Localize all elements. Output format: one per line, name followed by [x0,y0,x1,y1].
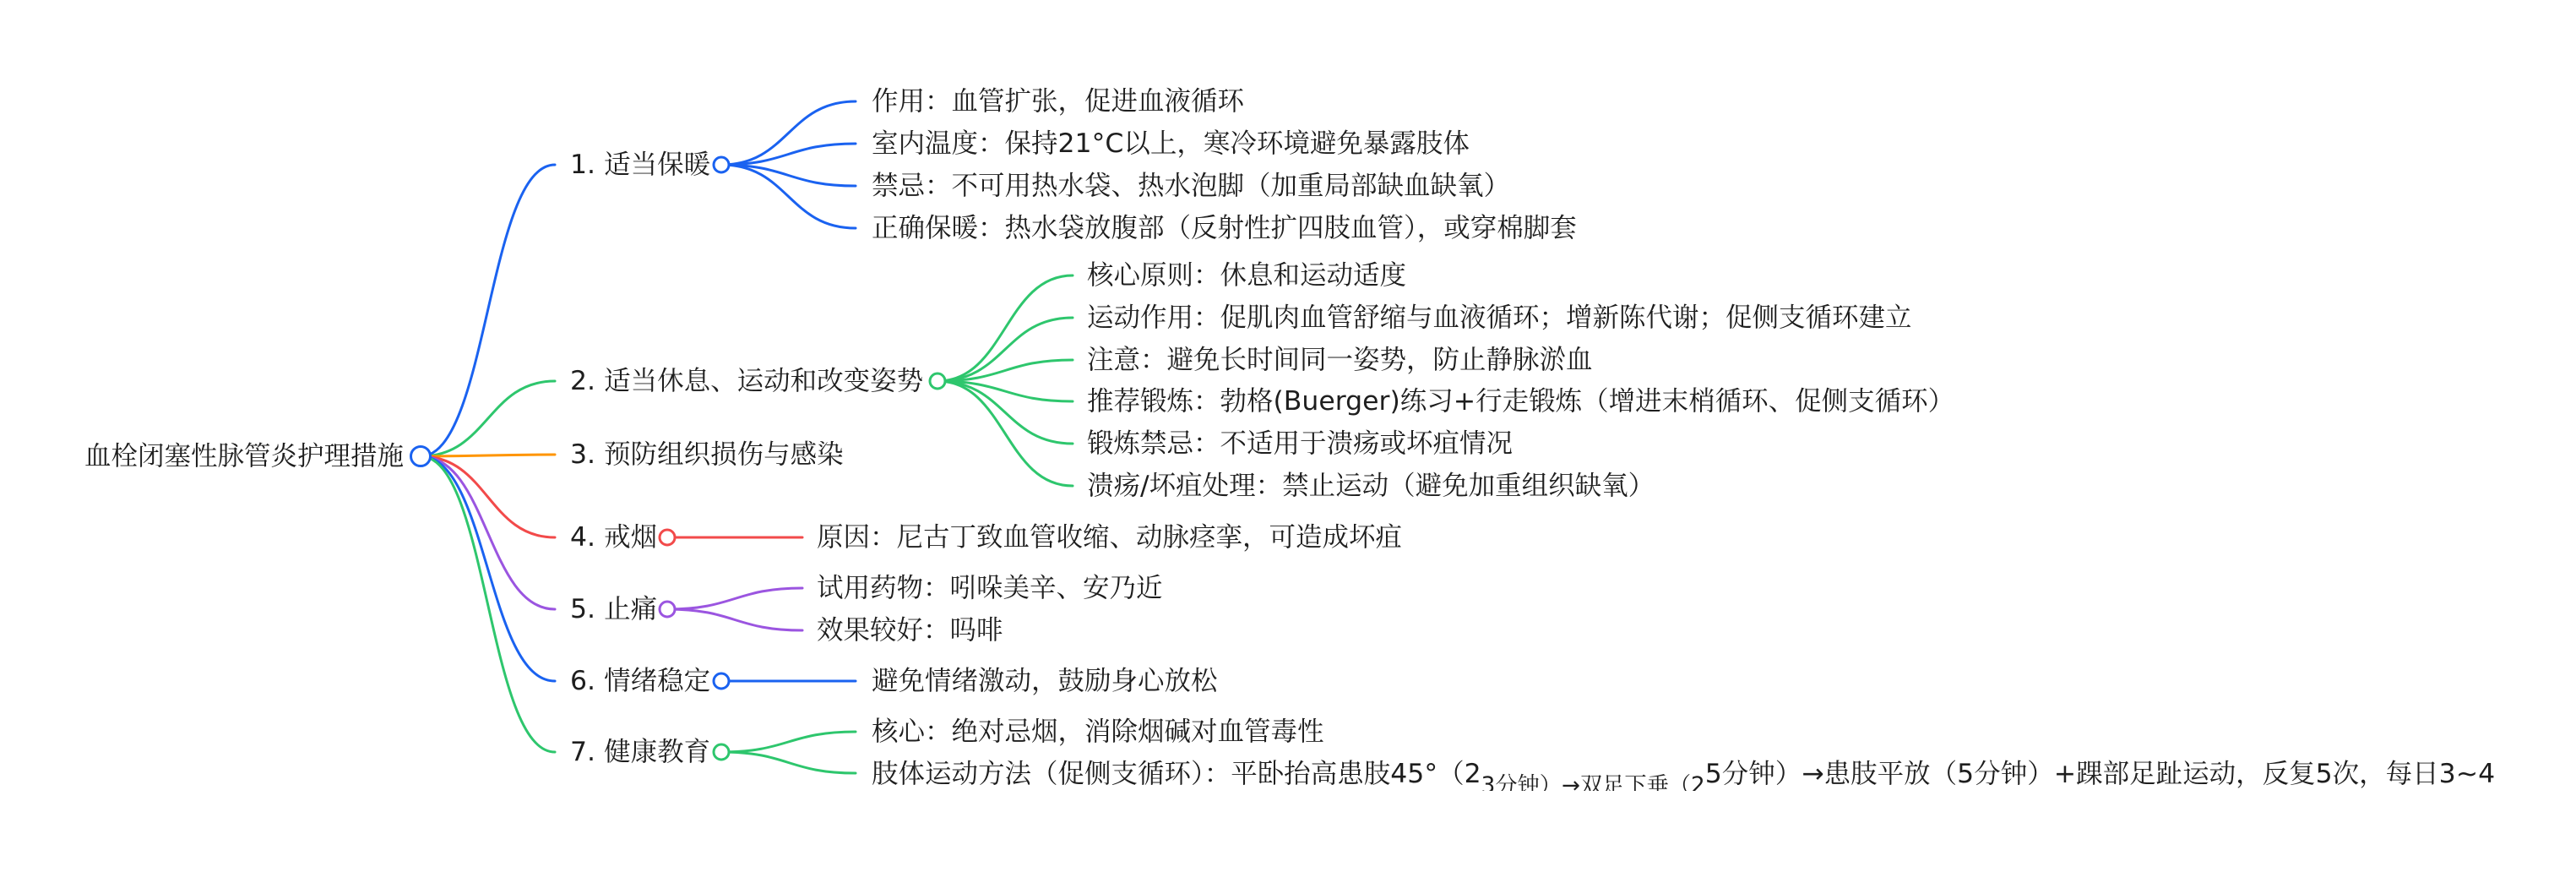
branch-5-child-2[interactable]: 效果较好：吗啡 [817,613,1003,647]
link-branch-5-child-1 [667,588,802,609]
branch-1-child-3[interactable]: 禁忌：不可用热水袋、热水泡脚（加重局部缺血缺氧） [872,169,1510,203]
branch-7-collapse-circle-icon[interactable] [714,744,729,760]
branch-1-child-1[interactable]: 作用：血管扩张，促进血液循环 [872,84,1244,118]
branch-7-child-2-subscript-text: 3分钟）→双足下垂（2 [1481,773,1705,791]
branch-7-links [721,732,856,773]
branch-5-label[interactable]: 5. 止痛 [570,592,657,626]
root-collapse-circle-icon[interactable] [411,447,431,466]
branch-7-label[interactable]: 7. 健康教育 [570,735,710,769]
link-root-to-branch-5 [421,456,555,609]
branch-1-child-2[interactable]: 室内温度：保持21°C以上，寒冷环境避免暴露肢体 [872,127,1470,161]
branch-6-label[interactable]: 6. 情绪稳定 [570,664,710,698]
root-links [421,165,555,752]
branch-2-collapse-circle-icon[interactable] [930,373,945,389]
branch-2-child-1[interactable]: 核心原则：休息和运动适度 [1087,259,1406,292]
branch-4-label[interactable]: 4. 戒烟 [570,520,657,554]
branch-2-child-2[interactable]: 运动作用：促肌肉血管舒缩与血液循环；增新陈代谢；促侧支循环建立 [1087,301,1912,335]
link-branch-2-child-6 [937,381,1073,486]
link-branch-7-child-1 [721,732,856,752]
branch-2-label[interactable]: 2. 适当休息、运动和改变姿势 [570,364,923,398]
link-branch-5-child-2 [667,609,802,630]
root-node-label[interactable]: 血栓闭塞性脉管炎护理措施 [84,439,404,473]
branch-4-collapse-circle-icon[interactable] [660,530,675,545]
branch-1-child-4[interactable]: 正确保暖：热水袋放腹部（反射性扩四肢血管），或穿棉脚套 [872,211,1577,245]
branch-1-links [721,101,856,228]
branch-5-collapse-circle-icon[interactable] [660,602,675,617]
branch-2-child-6[interactable]: 溃疡/坏疽处理：禁止运动（避免加重组织缺氧） [1087,469,1655,503]
branch-7-child-2-text-after: 5分钟）→患肢平放（5分钟）+踝部足趾运动，反复5次，每日3~4 [1705,759,2495,789]
branch-4-child-1[interactable]: 原因：尼古丁致血管收缩、动脉痉挛，可造成坏疽 [817,520,1402,554]
branch-5-child-1[interactable]: 试用药物：吲哚美辛、安乃近 [817,571,1163,605]
branch-1-label[interactable]: 1. 适当保暖 [570,148,710,182]
link-branch-2-child-1 [937,275,1073,381]
branch-7-child-1[interactable]: 核心：绝对忌烟，消除烟碱对血管毒性 [872,715,1324,749]
branch-2-links [937,275,1073,486]
branch-2-child-5[interactable]: 锻炼禁忌：不适用于溃疡或坏疽情况 [1087,427,1513,461]
branch-5-links [667,588,802,630]
branch-7-child-2[interactable]: 肢体运动方法（促侧支循环）：平卧抬高患肢45°（23分钟）→双足下垂（25分钟）… [872,757,2495,791]
branch-6-child-1[interactable]: 避免情绪激动，鼓励身心放松 [872,664,1218,698]
link-root-to-branch-1 [421,165,555,456]
mindmap-canvas: 血栓闭塞性脉管炎护理措施 1. 适当保暖 2. 适当休息、运动和改变姿势 3. … [0,0,2576,872]
branch-7-child-2-text-before: 肢体运动方法（促侧支循环）：平卧抬高患肢45°（2 [872,759,1481,789]
branch-6-collapse-circle-icon[interactable] [714,673,729,689]
branch-2-child-3[interactable]: 注意：避免长时间同一姿势，防止静脉淤血 [1087,343,1593,377]
branch-3-label[interactable]: 3. 预防组织损伤与感染 [570,438,844,471]
link-root-to-branch-6 [421,456,555,681]
branch-1-collapse-circle-icon[interactable] [714,157,729,172]
link-branch-7-child-2 [721,752,856,773]
branch-2-child-4[interactable]: 推荐锻炼：勃格(Buerger)练习+行走锻炼（增进末梢循环、促侧支循环） [1087,384,1954,418]
